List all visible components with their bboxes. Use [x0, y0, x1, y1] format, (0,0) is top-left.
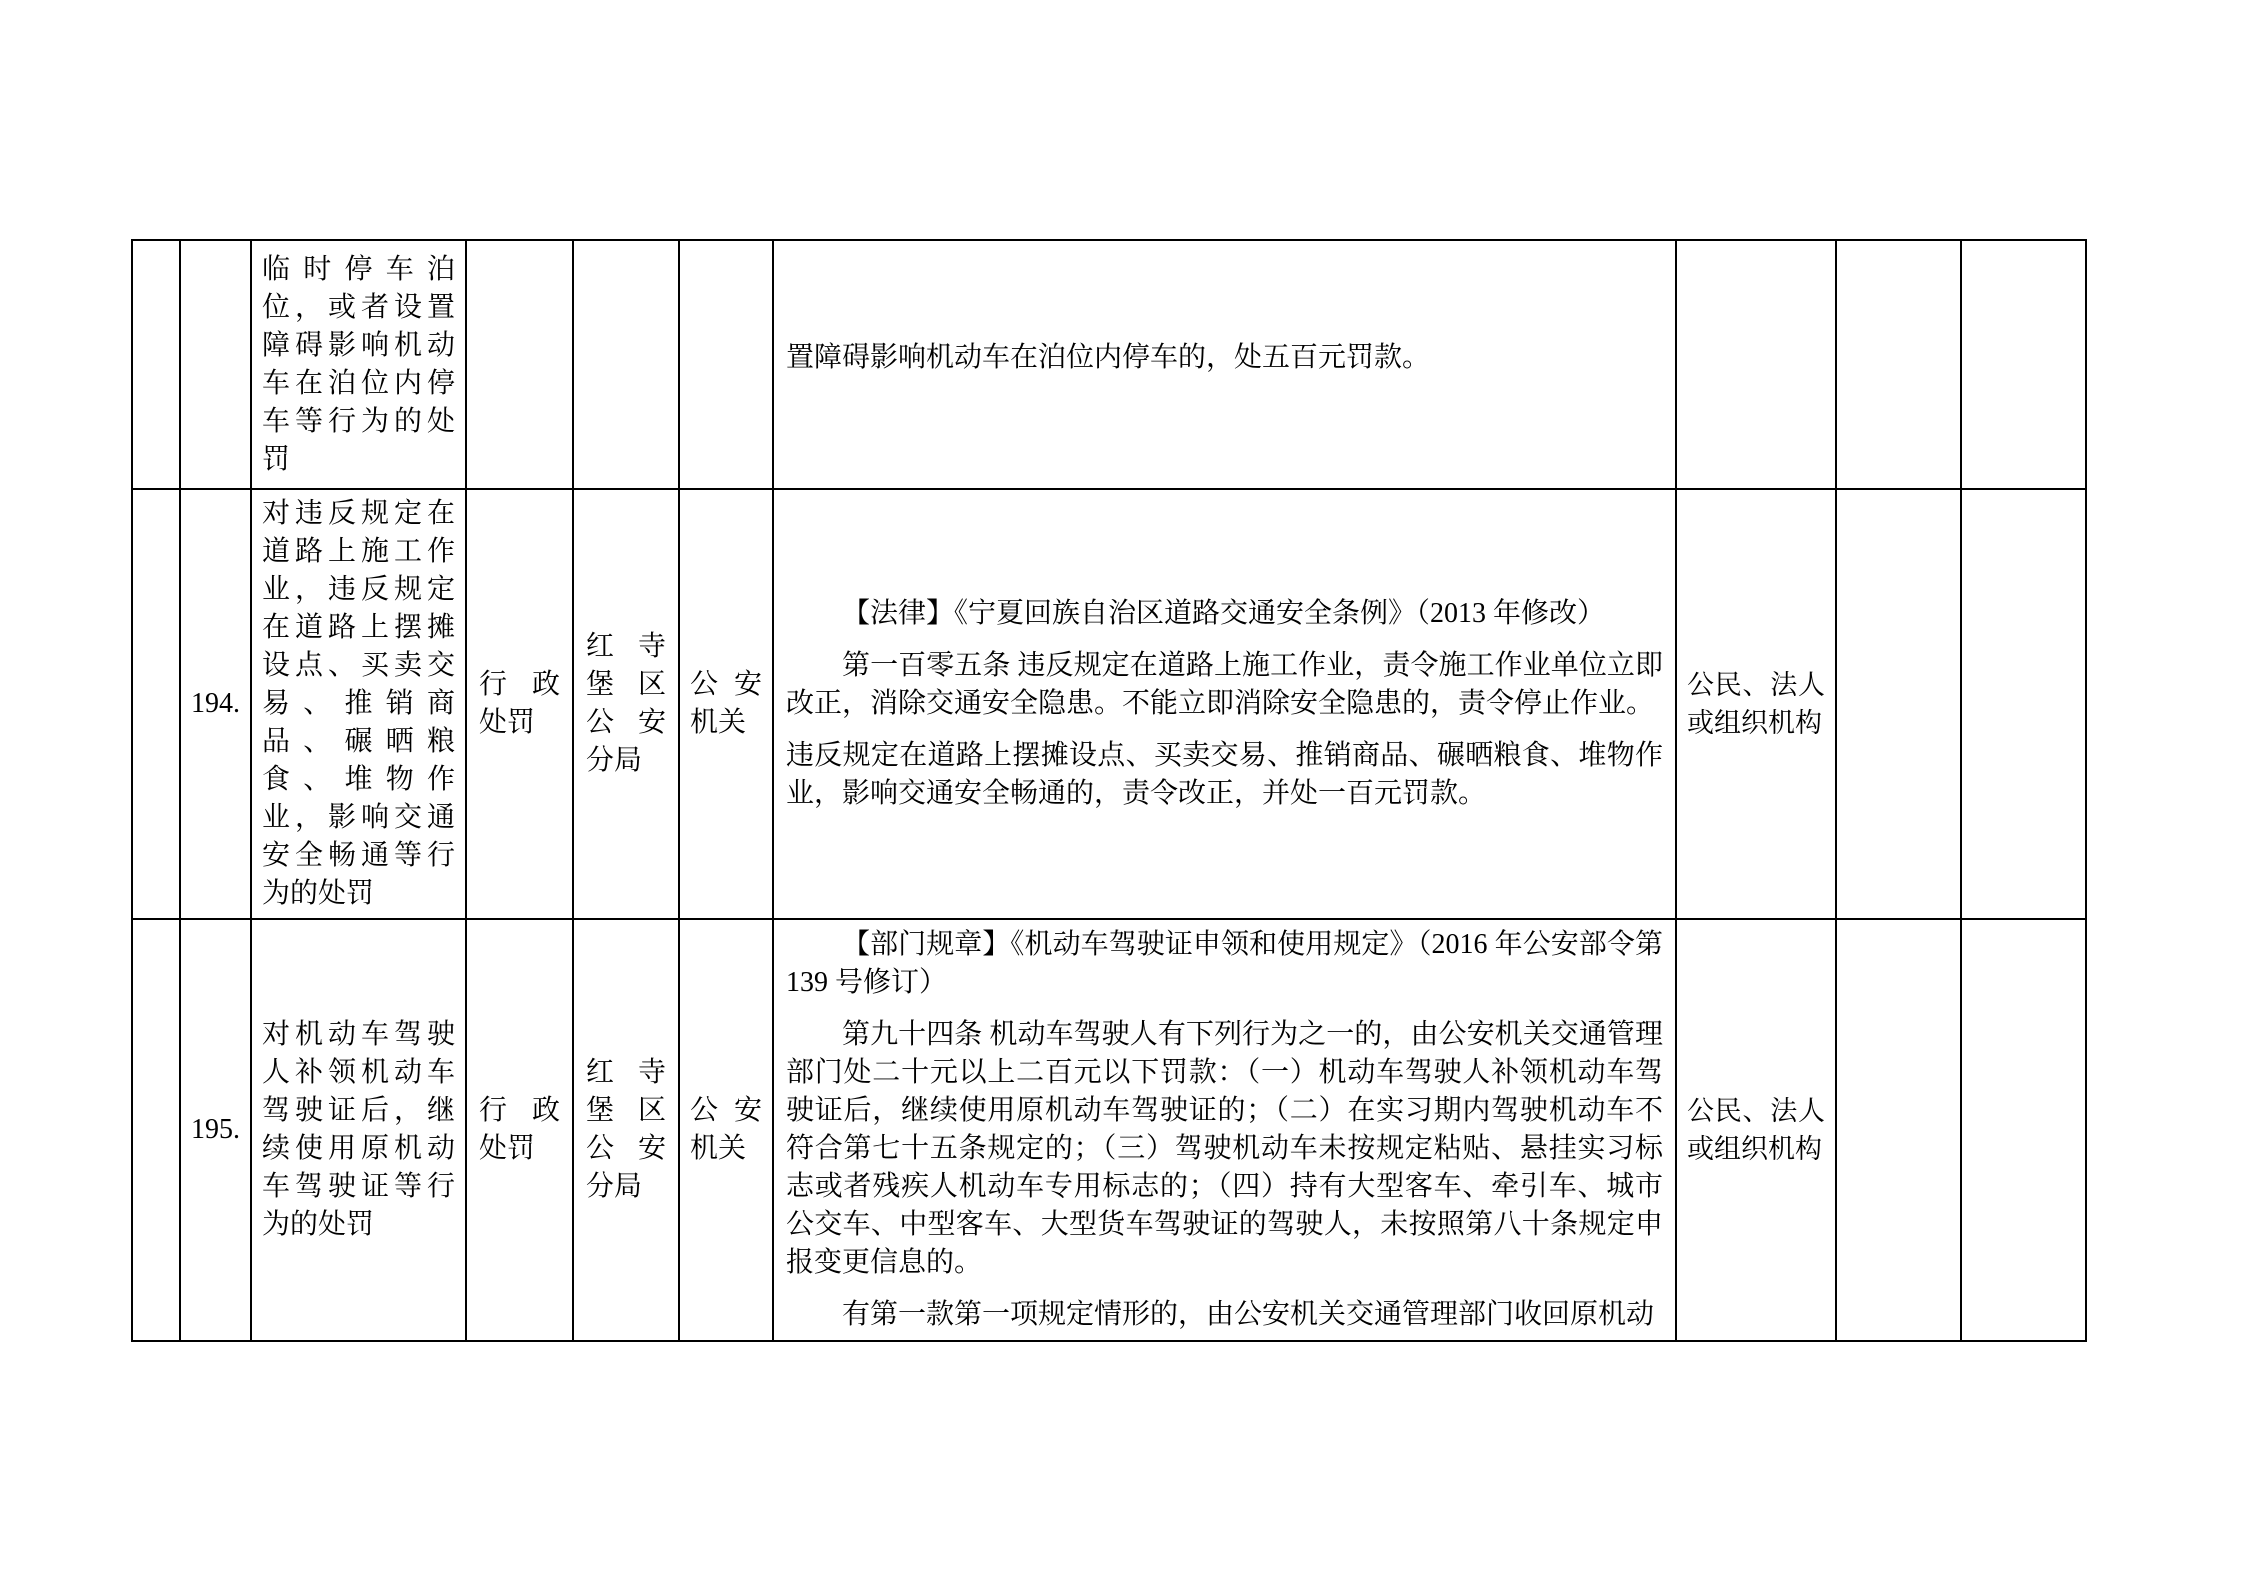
penalty-type-cell [466, 240, 573, 489]
matter-cell: 对机动车驾驶人补领机动车驾驶证后，继续使用原机动车驾驶证等行为的处罚 [251, 919, 466, 1341]
authority-text: 公安机关 [680, 1092, 772, 1168]
target-cell [1676, 240, 1836, 489]
empty-cell [1836, 240, 1961, 489]
authority-cell: 公安机关 [679, 919, 773, 1341]
table-row-continuation: 临时停车泊位，或者设置障碍影响机动车在泊位内停车等行为的处罚 置障碍影响机动车在… [132, 240, 2086, 489]
legal-basis-cell: 【部门规章】《机动车驾驶证申领和使用规定》（2016 年公安部令第 139 号修… [773, 919, 1676, 1341]
legal-basis-text: 【法律】《宁夏回族自治区道路交通安全条例》（2013 年修改） 第一百零五条 违… [774, 595, 1675, 813]
legal-paragraph: 置障碍影响机动车在泊位内停车的，处五百元罚款。 [786, 339, 1663, 377]
table-row-194: 194. 对违反规定在道路上施工作业，违反规定在道路上摆摊设点、买卖交易、推销商… [132, 489, 2086, 919]
legal-basis-text: 置障碍影响机动车在泊位内停车的，处五百元罚款。 [774, 333, 1675, 397]
legal-basis-cell: 【法律】《宁夏回族自治区道路交通安全条例》（2013 年修改） 第一百零五条 违… [773, 489, 1676, 919]
matter-text: 对机动车驾驶人补领机动车驾驶证后，继续使用原机动车驾驶证等行为的处罚 [252, 1011, 465, 1249]
legal-basis-text: 【部门规章】《机动车驾驶证申领和使用规定》（2016 年公安部令第 139 号修… [774, 920, 1675, 1340]
legal-paragraph: 【法律】《宁夏回族自治区道路交通安全条例》（2013 年修改） [786, 595, 1663, 633]
target-text: 公民、法人或组织机构 [1677, 1092, 1835, 1168]
empty-cell [1961, 919, 2086, 1341]
empty-cell [1836, 919, 1961, 1341]
penalty-items-table: 临时停车泊位，或者设置障碍影响机动车在泊位内停车等行为的处罚 置障碍影响机动车在… [131, 239, 2087, 1342]
spacer-cell [132, 489, 180, 919]
matter-cell: 对违反规定在道路上施工作业，违反规定在道路上摆摊设点、买卖交易、推销商品、碾晒粮… [251, 489, 466, 919]
spacer-cell [132, 919, 180, 1341]
legal-paragraph: 【部门规章】《机动车驾驶证申领和使用规定》（2016 年公安部令第 139 号修… [786, 926, 1663, 1002]
penalty-type-text: 行政处罚 [467, 666, 572, 742]
authority-cell [679, 240, 773, 489]
legal-paragraph: 有第一款第一项规定情形的，由公安机关交通管理部门收回原机动 [786, 1296, 1663, 1334]
penalty-type-cell: 行政处罚 [466, 919, 573, 1341]
item-number-cell: 195. [180, 919, 251, 1341]
target-cell: 公民、法人或组织机构 [1676, 919, 1836, 1341]
target-text: 公民、法人或组织机构 [1677, 666, 1835, 742]
department-text: 红寺堡区公安分局 [574, 1054, 678, 1206]
penalty-type-cell: 行政处罚 [466, 489, 573, 919]
authority-cell: 公安机关 [679, 489, 773, 919]
legal-basis-cell: 置障碍影响机动车在泊位内停车的，处五百元罚款。 [773, 240, 1676, 489]
legal-paragraph: 违反规定在道路上摆摊设点、买卖交易、推销商品、碾晒粮食、堆物作业，影响交通安全畅… [786, 737, 1663, 813]
matter-text: 对违反规定在道路上施工作业，违反规定在道路上摆摊设点、买卖交易、推销商品、碾晒粮… [252, 490, 465, 918]
department-cell: 红寺堡区公安分局 [573, 489, 679, 919]
item-number-cell [180, 240, 251, 489]
department-cell: 红寺堡区公安分局 [573, 919, 679, 1341]
item-number-cell: 194. [180, 489, 251, 919]
target-cell: 公民、法人或组织机构 [1676, 489, 1836, 919]
table-row-195: 195. 对机动车驾驶人补领机动车驾驶证后，继续使用原机动车驾驶证等行为的处罚 … [132, 919, 2086, 1341]
empty-cell [1961, 240, 2086, 489]
legal-paragraph: 第一百零五条 违反规定在道路上施工作业，责令施工作业单位立即改正，消除交通安全隐… [786, 647, 1663, 723]
document-page: 临时停车泊位，或者设置障碍影响机动车在泊位内停车等行为的处罚 置障碍影响机动车在… [0, 0, 2245, 1587]
matter-cell: 临时停车泊位，或者设置障碍影响机动车在泊位内停车等行为的处罚 [251, 240, 466, 489]
department-text: 红寺堡区公安分局 [574, 628, 678, 780]
spacer-cell [132, 240, 180, 489]
authority-text: 公安机关 [680, 666, 772, 742]
legal-paragraph: 第九十四条 机动车驾驶人有下列行为之一的，由公安机关交通管理部门处二十元以上二百… [786, 1016, 1663, 1282]
department-cell [573, 240, 679, 489]
empty-cell [1961, 489, 2086, 919]
matter-text: 临时停车泊位，或者设置障碍影响机动车在泊位内停车等行为的处罚 [252, 246, 465, 484]
penalty-type-text: 行政处罚 [467, 1092, 572, 1168]
empty-cell [1836, 489, 1961, 919]
